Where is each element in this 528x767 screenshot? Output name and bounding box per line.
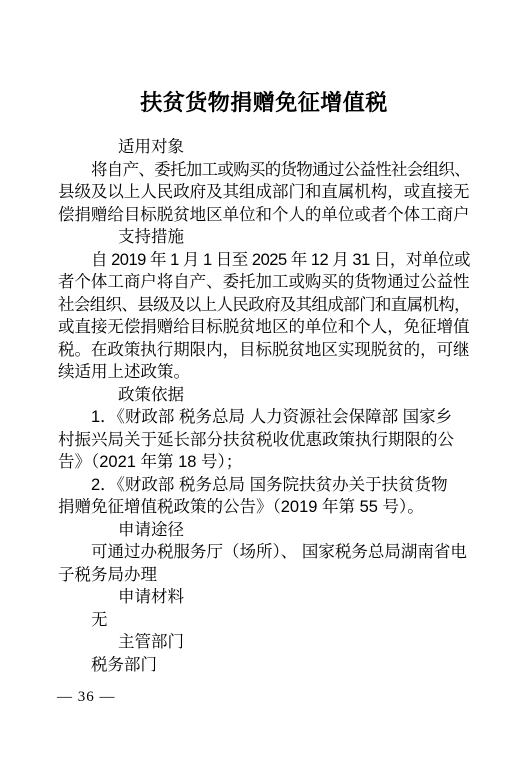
document-body: 适用对象将自产、委托加工或购买的货物通过公益性社会组织、县级及以上人民政府及其组… (58, 136, 470, 676)
text-line: 2．《财政部 税务总局 国务院扶贫办关于扶贫货物 (58, 474, 470, 497)
section-heading: 申请途径 (58, 519, 470, 542)
page-number: — 36 — (57, 688, 116, 706)
text-line: 无 (58, 609, 470, 632)
text-line: 自 2019 年 1 月 1 日至 2025 年 12 月 31 日，对单位或 (58, 249, 470, 272)
text-line: 税。在政策执行期限内，目标脱贫地区实现脱贫的，可继 (58, 339, 470, 362)
text-line: 村振兴局关于延长部分扶贫税收优惠政策执行期限的公 (58, 429, 470, 452)
text-line: 将自产、委托加工或购买的货物通过公益性社会组织、 (58, 159, 470, 182)
text-line: 偿捐赠给目标脱贫地区单位和个人的单位或者个体工商户 (58, 204, 470, 227)
section-heading: 主管部门 (58, 631, 470, 654)
text-line: 者个体工商户将自产、委托加工或购买的货物通过公益性 (58, 271, 470, 294)
section-heading: 支持措施 (58, 226, 470, 249)
text-line: 社会组织、县级及以上人民政府及其组成部门和直属机构， (58, 294, 470, 317)
section-heading: 申请材料 (58, 586, 470, 609)
text-line: 子税务局办理 (58, 564, 470, 587)
text-line: 告》（2021 年第 18 号）； (58, 451, 470, 474)
text-line: 可通过办税服务厅（场所）、 国家税务总局湖南省电 (58, 541, 470, 564)
text-line: 续适用上述政策。 (58, 361, 470, 384)
text-line: 税务部门 (58, 654, 470, 677)
text-line: 1．《财政部 税务总局 人力资源社会保障部 国家乡 (58, 406, 470, 429)
text-line: 县级及以上人民政府及其组成部门和直属机构，或直接无 (58, 181, 470, 204)
section-heading: 政策依据 (58, 384, 470, 407)
text-line: 或直接无偿捐赠给目标脱贫地区的单位和个人，免征增值 (58, 316, 470, 339)
text-line: 捐赠免征增值税政策的公告》（2019 年第 55 号）。 (58, 496, 470, 519)
document-title: 扶贫货物捐赠免征增值税 (0, 86, 528, 117)
section-heading: 适用对象 (58, 136, 470, 159)
document-page: 扶贫货物捐赠免征增值税 适用对象将自产、委托加工或购买的货物通过公益性社会组织、… (0, 0, 528, 767)
